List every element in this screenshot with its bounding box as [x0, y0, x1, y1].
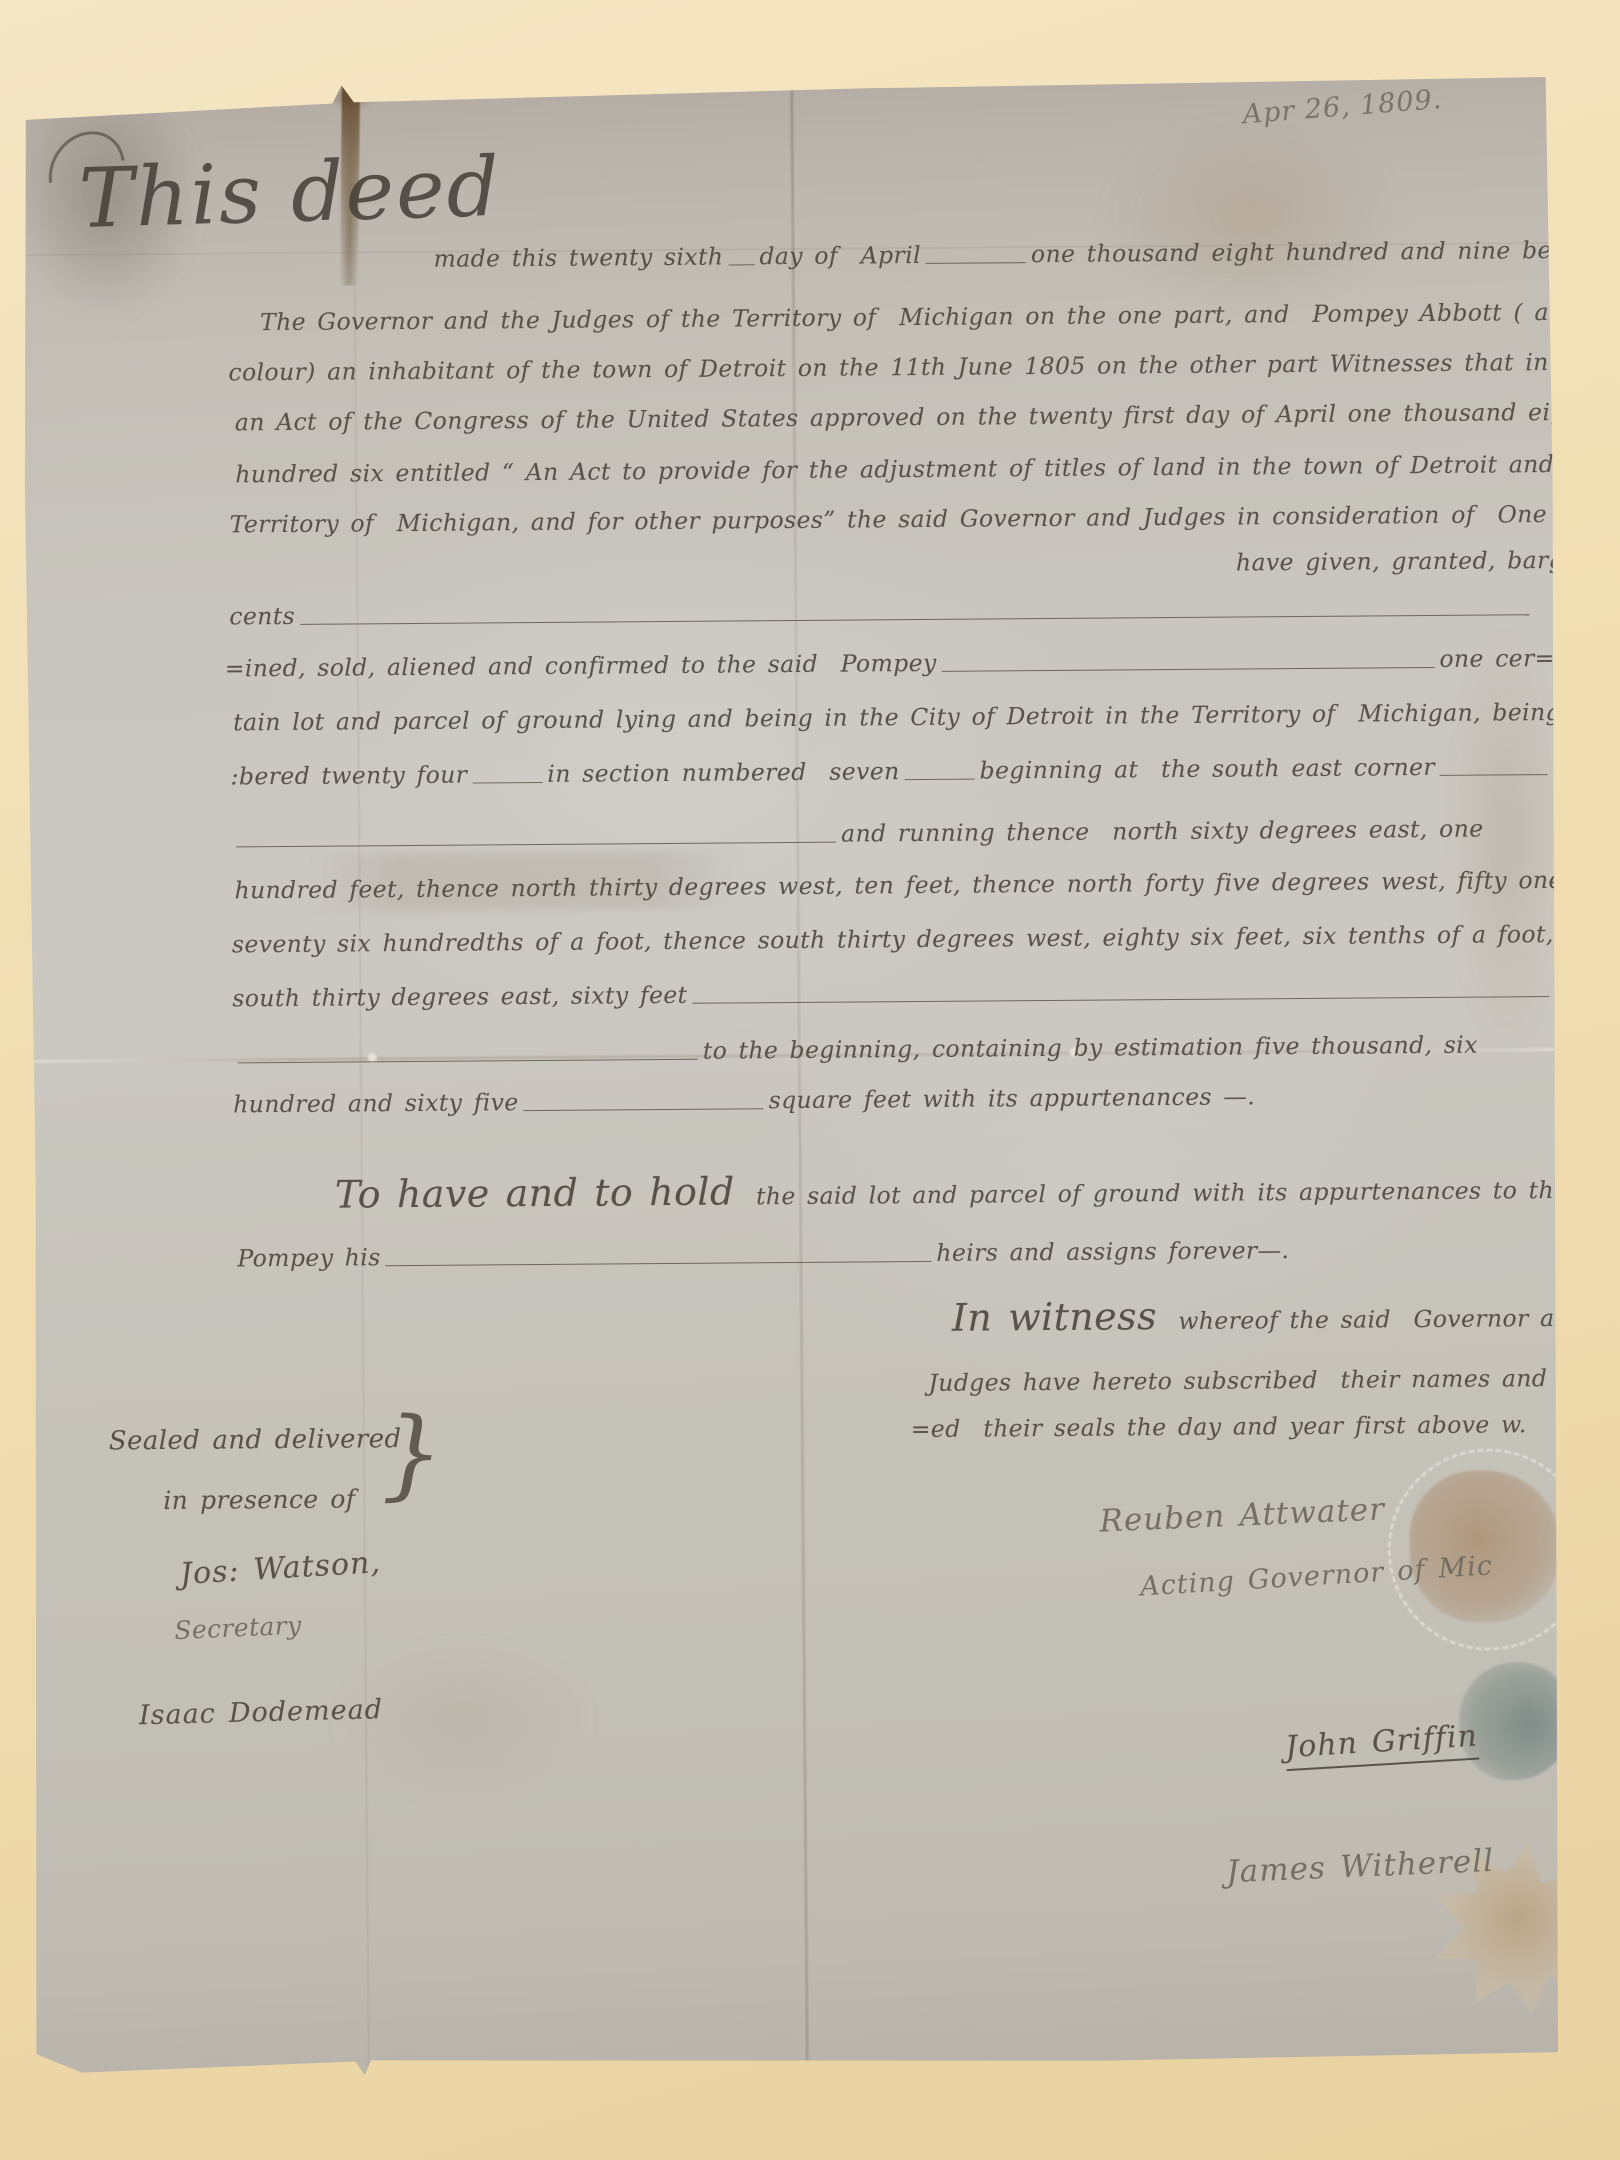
handwritten-text: colour) an inhabitant of the town of Det…: [228, 347, 1620, 388]
handwritten-text: square feet with its appurtenances —.: [769, 1082, 1256, 1115]
handwritten-text: In witness: [952, 1293, 1157, 1342]
handwritten-text: south thirty degrees east, sixty feet: [232, 981, 687, 1014]
handwritten-text: Reuben Attwater: [1099, 1490, 1386, 1541]
blank-rule: [238, 1059, 698, 1064]
handwritten-text: beginning at the south east corner: [980, 753, 1436, 786]
blank-rule: [693, 996, 1550, 1004]
deed-line-1: made this twenty sixthday of Aprilone th…: [433, 236, 1545, 274]
witness-line-2: Judges have hereto subscribed their name…: [928, 1363, 1620, 1398]
handwritten-text: day of April: [759, 241, 921, 272]
handwritten-text: Pompey his: [237, 1243, 380, 1273]
handwritten-text: seventy six hundredths of a foot, thence…: [232, 919, 1620, 959]
handwritten-text: one cer=: [1439, 644, 1555, 674]
blank-rule: [472, 782, 542, 784]
blank-rule: [942, 667, 1435, 672]
handwritten-text: Isaac Dodemead: [139, 1693, 384, 1733]
signature-jos-watson: Jos: Watson,: [179, 1544, 382, 1594]
title-secretary: Secretary: [174, 1610, 303, 1647]
deed-line-5: hundred six entitled “ An Act to provide…: [235, 450, 1554, 490]
handwritten-text: and running thence north sixty degrees e…: [841, 815, 1484, 849]
handwritten-text: :bered twenty four: [231, 761, 468, 792]
photo-background: This deed Apr 26, 1809. } made this twen…: [0, 0, 1620, 2160]
blank-rule: [300, 615, 1529, 626]
deed-line-7: have given, granted, barga=: [1236, 546, 1599, 578]
habendum-line: To have and to hold the said lot and par…: [335, 1161, 1620, 1219]
signature-isaac-dodemead: Isaac Dodemead: [139, 1693, 384, 1733]
handwritten-text: have given, granted, barga=: [1236, 546, 1599, 578]
handwritten-text: Judges have hereto subscribed their name…: [928, 1363, 1620, 1398]
handwritten-text: John Griffin: [1284, 1718, 1479, 1767]
handwritten-text: in presence of: [163, 1483, 355, 1516]
deed-line-9: =ined, sold, aliened and confirmed to th…: [225, 644, 1555, 684]
attestation-line-1: Sealed and delivered: [109, 1423, 402, 1458]
deed-line-17: hundred and sixty fivesquare feet with i…: [233, 1082, 1255, 1119]
deed-line-2: The Governor and the Judges of the Terri…: [260, 297, 1620, 337]
deed-line-4: an Act of the Congress of the United Sta…: [235, 398, 1592, 438]
handwritten-text: in section numbered seven: [547, 757, 900, 789]
deed-paper: This deed Apr 26, 1809. } made this twen…: [20, 76, 1566, 2078]
signature-john-griffin: John Griffin: [1284, 1718, 1479, 1771]
deed-line-15: south thirty degrees east, sixty feet: [232, 974, 1554, 1014]
handwritten-text: one thousand eight hundred and nine betw…: [1031, 235, 1620, 269]
deed-line-10: tain lot and parcel of ground lying and …: [233, 697, 1620, 738]
signature-james-witherell: James Witherell: [1226, 1842, 1495, 1892]
deed-body-text: made this twenty sixthday of Aprilone th…: [20, 76, 1566, 2078]
handwritten-text: James Witherell: [1226, 1842, 1495, 1892]
blank-rule: [1440, 774, 1548, 776]
attestation-line-2: in presence of: [163, 1483, 355, 1516]
handwritten-text: =ed their seals the day and year first a…: [911, 1410, 1527, 1444]
deed-line-13: hundred feet, thence north thirty degree…: [234, 865, 1620, 906]
handwritten-text: Sealed and delivered: [109, 1423, 402, 1458]
handwritten-text: to the beginning, containing by estimati…: [703, 1031, 1478, 1066]
handwritten-text: Acting Governor of Mic: [1139, 1549, 1494, 1604]
blank-rule: [905, 779, 975, 781]
handwritten-text: hundred and sixty five: [233, 1088, 519, 1120]
deed-line-12: and running thence north sixty degrees e…: [231, 814, 1553, 854]
handwritten-text: =ined, sold, aliened and confirmed to th…: [225, 649, 937, 684]
deed-line-14: seventy six hundredths of a foot, thence…: [232, 919, 1620, 959]
handwritten-text: To have and to hold: [335, 1168, 735, 1219]
handwritten-text: Jos: Watson,: [179, 1544, 382, 1594]
handwritten-text: an Act of the Congress of the United Sta…: [235, 398, 1592, 438]
habendum-line-2: Pompey hisheirs and assigns forever—.: [237, 1236, 1289, 1274]
handwritten-text: whereof the said Governor and: [1167, 1304, 1586, 1337]
blank-rule: [386, 1261, 932, 1266]
blank-rule: [728, 265, 754, 266]
deed-line-8: cents: [229, 592, 1534, 632]
blank-rule: [524, 1109, 764, 1112]
deed-line-16: to the beginning, containing by estimati…: [233, 1030, 1555, 1070]
handwritten-text: Territory of Michigan, and for other pur…: [230, 499, 1620, 540]
handwritten-text: The Governor and the Judges of the Terri…: [260, 297, 1620, 337]
title-acting-governor: Acting Governor of Mic: [1139, 1549, 1494, 1604]
deed-line-3: colour) an inhabitant of the town of Det…: [228, 347, 1620, 388]
witness-line-1: In witness whereof the said Governor and: [952, 1290, 1586, 1342]
handwritten-text: hundred six entitled “ An Act to provide…: [235, 450, 1554, 490]
deed-line-6: Territory of Michigan, and for other pur…: [230, 499, 1620, 540]
handwritten-text: the said lot and parcel of ground with i…: [745, 1175, 1620, 1211]
handwritten-text: made this twenty sixth: [433, 243, 723, 275]
deed-line-11: :bered twenty fourin section numbered se…: [231, 752, 1553, 792]
witness-line-3: =ed their seals the day and year first a…: [911, 1410, 1527, 1444]
signature-reuben-attwater: Reuben Attwater: [1099, 1490, 1386, 1541]
blank-rule: [236, 842, 836, 848]
handwritten-text: hundred feet, thence north thirty degree…: [234, 865, 1620, 906]
handwritten-text: cents: [229, 602, 295, 632]
handwritten-text: heirs and assigns forever—.: [936, 1236, 1289, 1268]
handwritten-text: tain lot and parcel of ground lying and …: [233, 697, 1620, 738]
blank-rule: [926, 263, 1026, 265]
handwritten-text: Secretary: [174, 1610, 303, 1647]
